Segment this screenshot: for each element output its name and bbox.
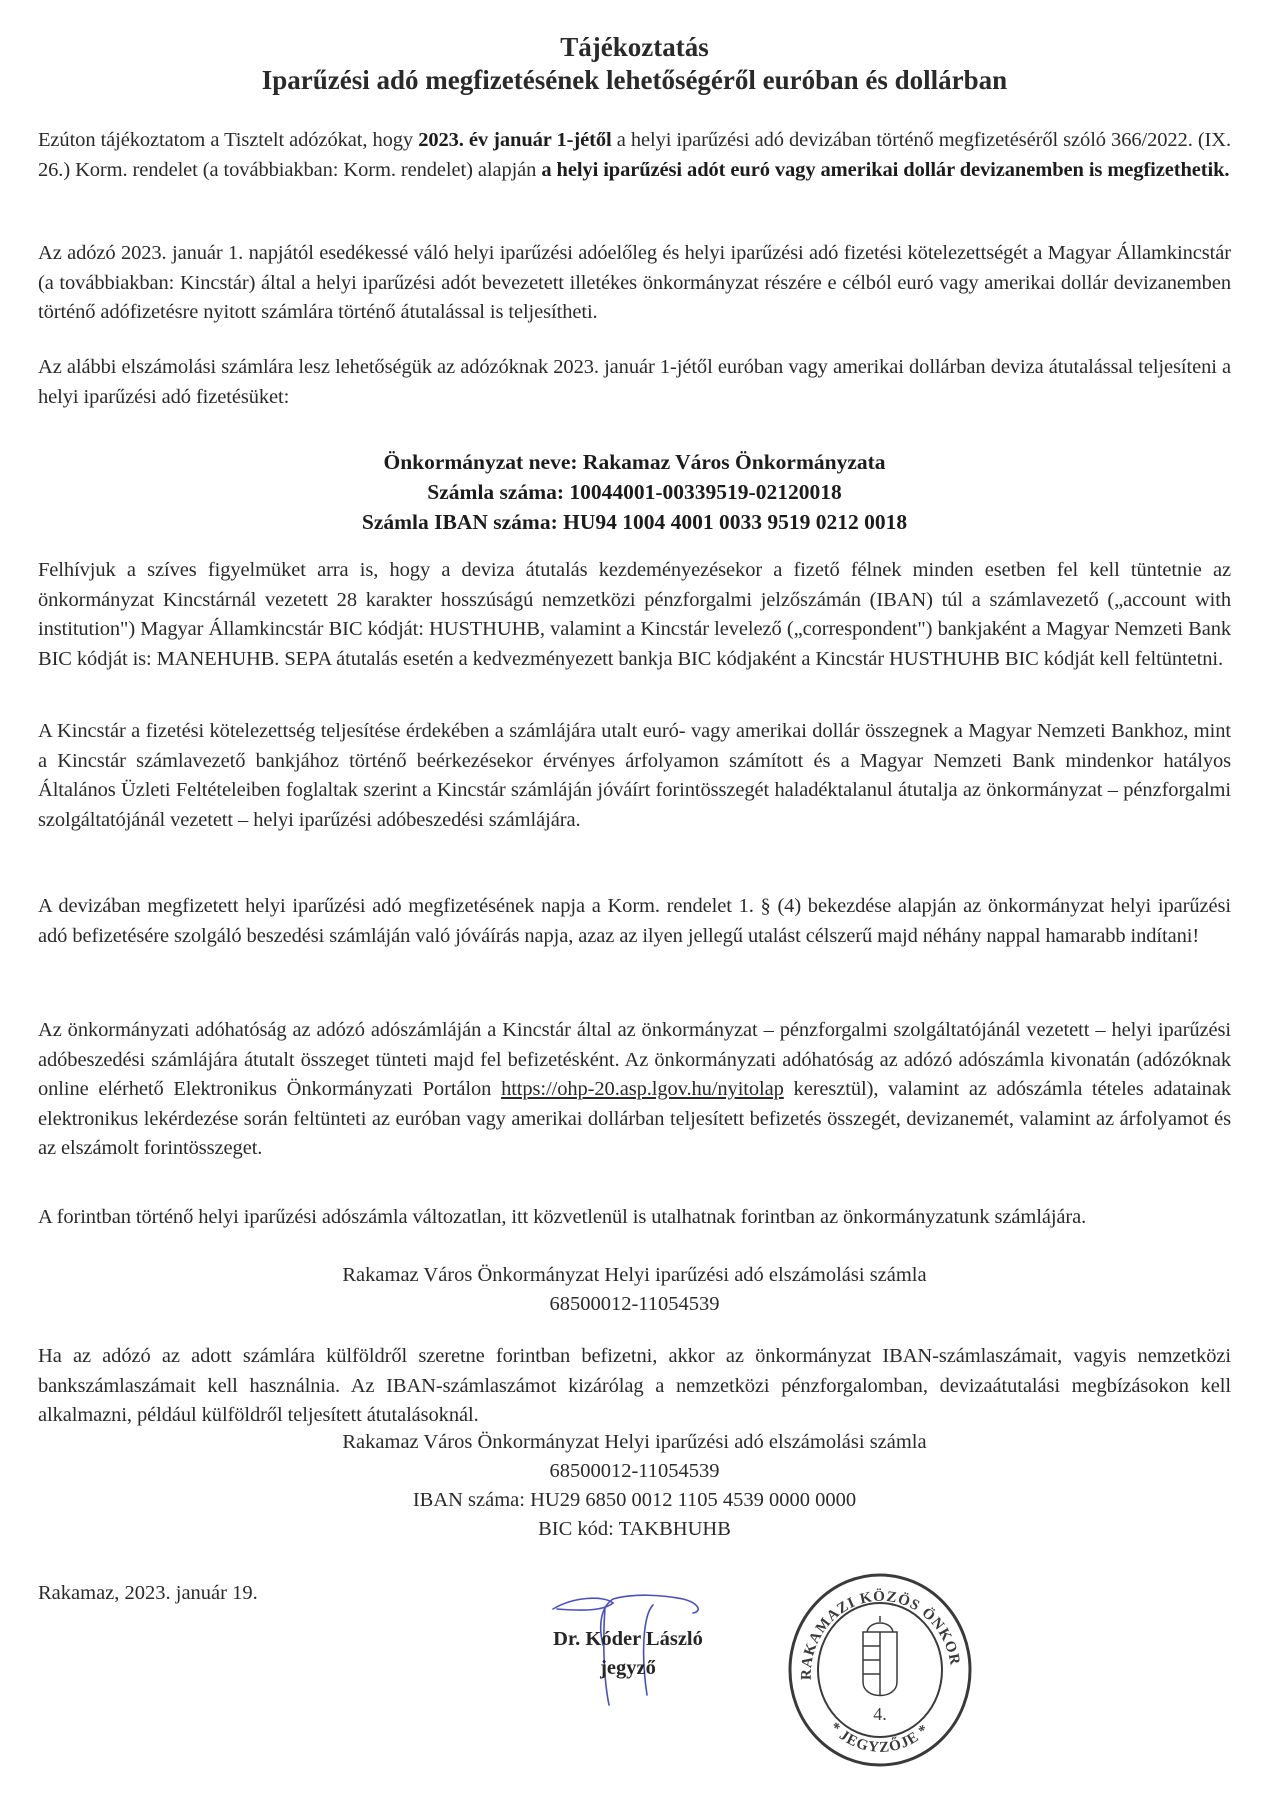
paragraph-settlement-account: Az alábbi elszámolási számlára lesz lehe… <box>38 353 1231 412</box>
intro-conclusion-bold: a helyi iparűzési adót euró vagy amerika… <box>541 159 1229 181</box>
portal-link[interactable]: https://ohp-20.asp.lgov.hu/nyitolap <box>501 1078 784 1100</box>
signatory-role: jegyző <box>528 1654 728 1683</box>
intro-date-bold: 2023. év január 1-jétől <box>418 129 611 151</box>
huf-account-block-2: Rakamaz Város Önkormányzat Helyi iparűzé… <box>38 1428 1231 1544</box>
paragraph-obligation: Az adózó 2023. január 1. napjától esedék… <box>38 239 1231 328</box>
huf-account-number-2: 68500012-11054539 <box>38 1457 1231 1486</box>
paragraph-tax-authority: Az önkormányzati adóhatóság az adózó adó… <box>38 1016 1231 1164</box>
account-number: Számla száma: 10044001-00339519-02120018 <box>38 477 1231 507</box>
huf-iban-number: IBAN száma: HU29 6850 0012 1105 4539 000… <box>38 1486 1231 1515</box>
signatory-name: Dr. Kóder László <box>528 1625 728 1654</box>
official-stamp-icon: RAKAMAZI KÖZÖS ÖNKORMÁNYZATI HIVATAL * J… <box>783 1570 978 1770</box>
paragraph-foreign-huf: Ha az adózó az adott számlára külföldről… <box>38 1342 1231 1431</box>
stamp-number: 4. <box>873 1704 887 1724</box>
paragraph-kincstar-transfer: A Kincstár a fizetési kötelezettség telj… <box>38 717 1231 835</box>
document-title: Tájékoztatás <box>38 30 1231 64</box>
signatory-block: Dr. Kóder László jegyző <box>528 1625 728 1683</box>
intro-text: Ezúton tájékoztatom a Tisztelt adózókat,… <box>38 129 418 151</box>
huf-account-name-2: Rakamaz Város Önkormányzat Helyi iparűzé… <box>38 1428 1231 1457</box>
document-subtitle: Iparűzési adó megfizetésének lehetőségér… <box>38 63 1231 97</box>
municipality-name: Önkormányzat neve: Rakamaz Város Önkormá… <box>38 447 1231 477</box>
huf-account-name: Rakamaz Város Önkormányzat Helyi iparűzé… <box>38 1261 1231 1290</box>
iban-number: Számla IBAN száma: HU94 1004 4001 0033 9… <box>38 507 1231 537</box>
bank-details: Önkormányzat neve: Rakamaz Város Önkormá… <box>38 447 1231 537</box>
huf-account-number: 68500012-11054539 <box>38 1290 1231 1319</box>
dateline: Rakamaz, 2023. január 19. <box>38 1582 258 1605</box>
bic-code: BIC kód: TAKBHUHB <box>38 1515 1231 1544</box>
paragraph-intro: Ezúton tájékoztatom a Tisztelt adózókat,… <box>38 126 1231 185</box>
coat-of-arms-icon <box>863 1616 897 1696</box>
paragraph-payment-date: A devizában megfizetett helyi iparűzési … <box>38 892 1231 951</box>
paragraph-huf-account: A forintban történő helyi iparűzési adós… <box>38 1203 1231 1233</box>
paragraph-bic-instructions: Felhívjuk a szíves figyelmüket arra is, … <box>38 556 1231 674</box>
huf-account-block-1: Rakamaz Város Önkormányzat Helyi iparűzé… <box>38 1261 1231 1319</box>
